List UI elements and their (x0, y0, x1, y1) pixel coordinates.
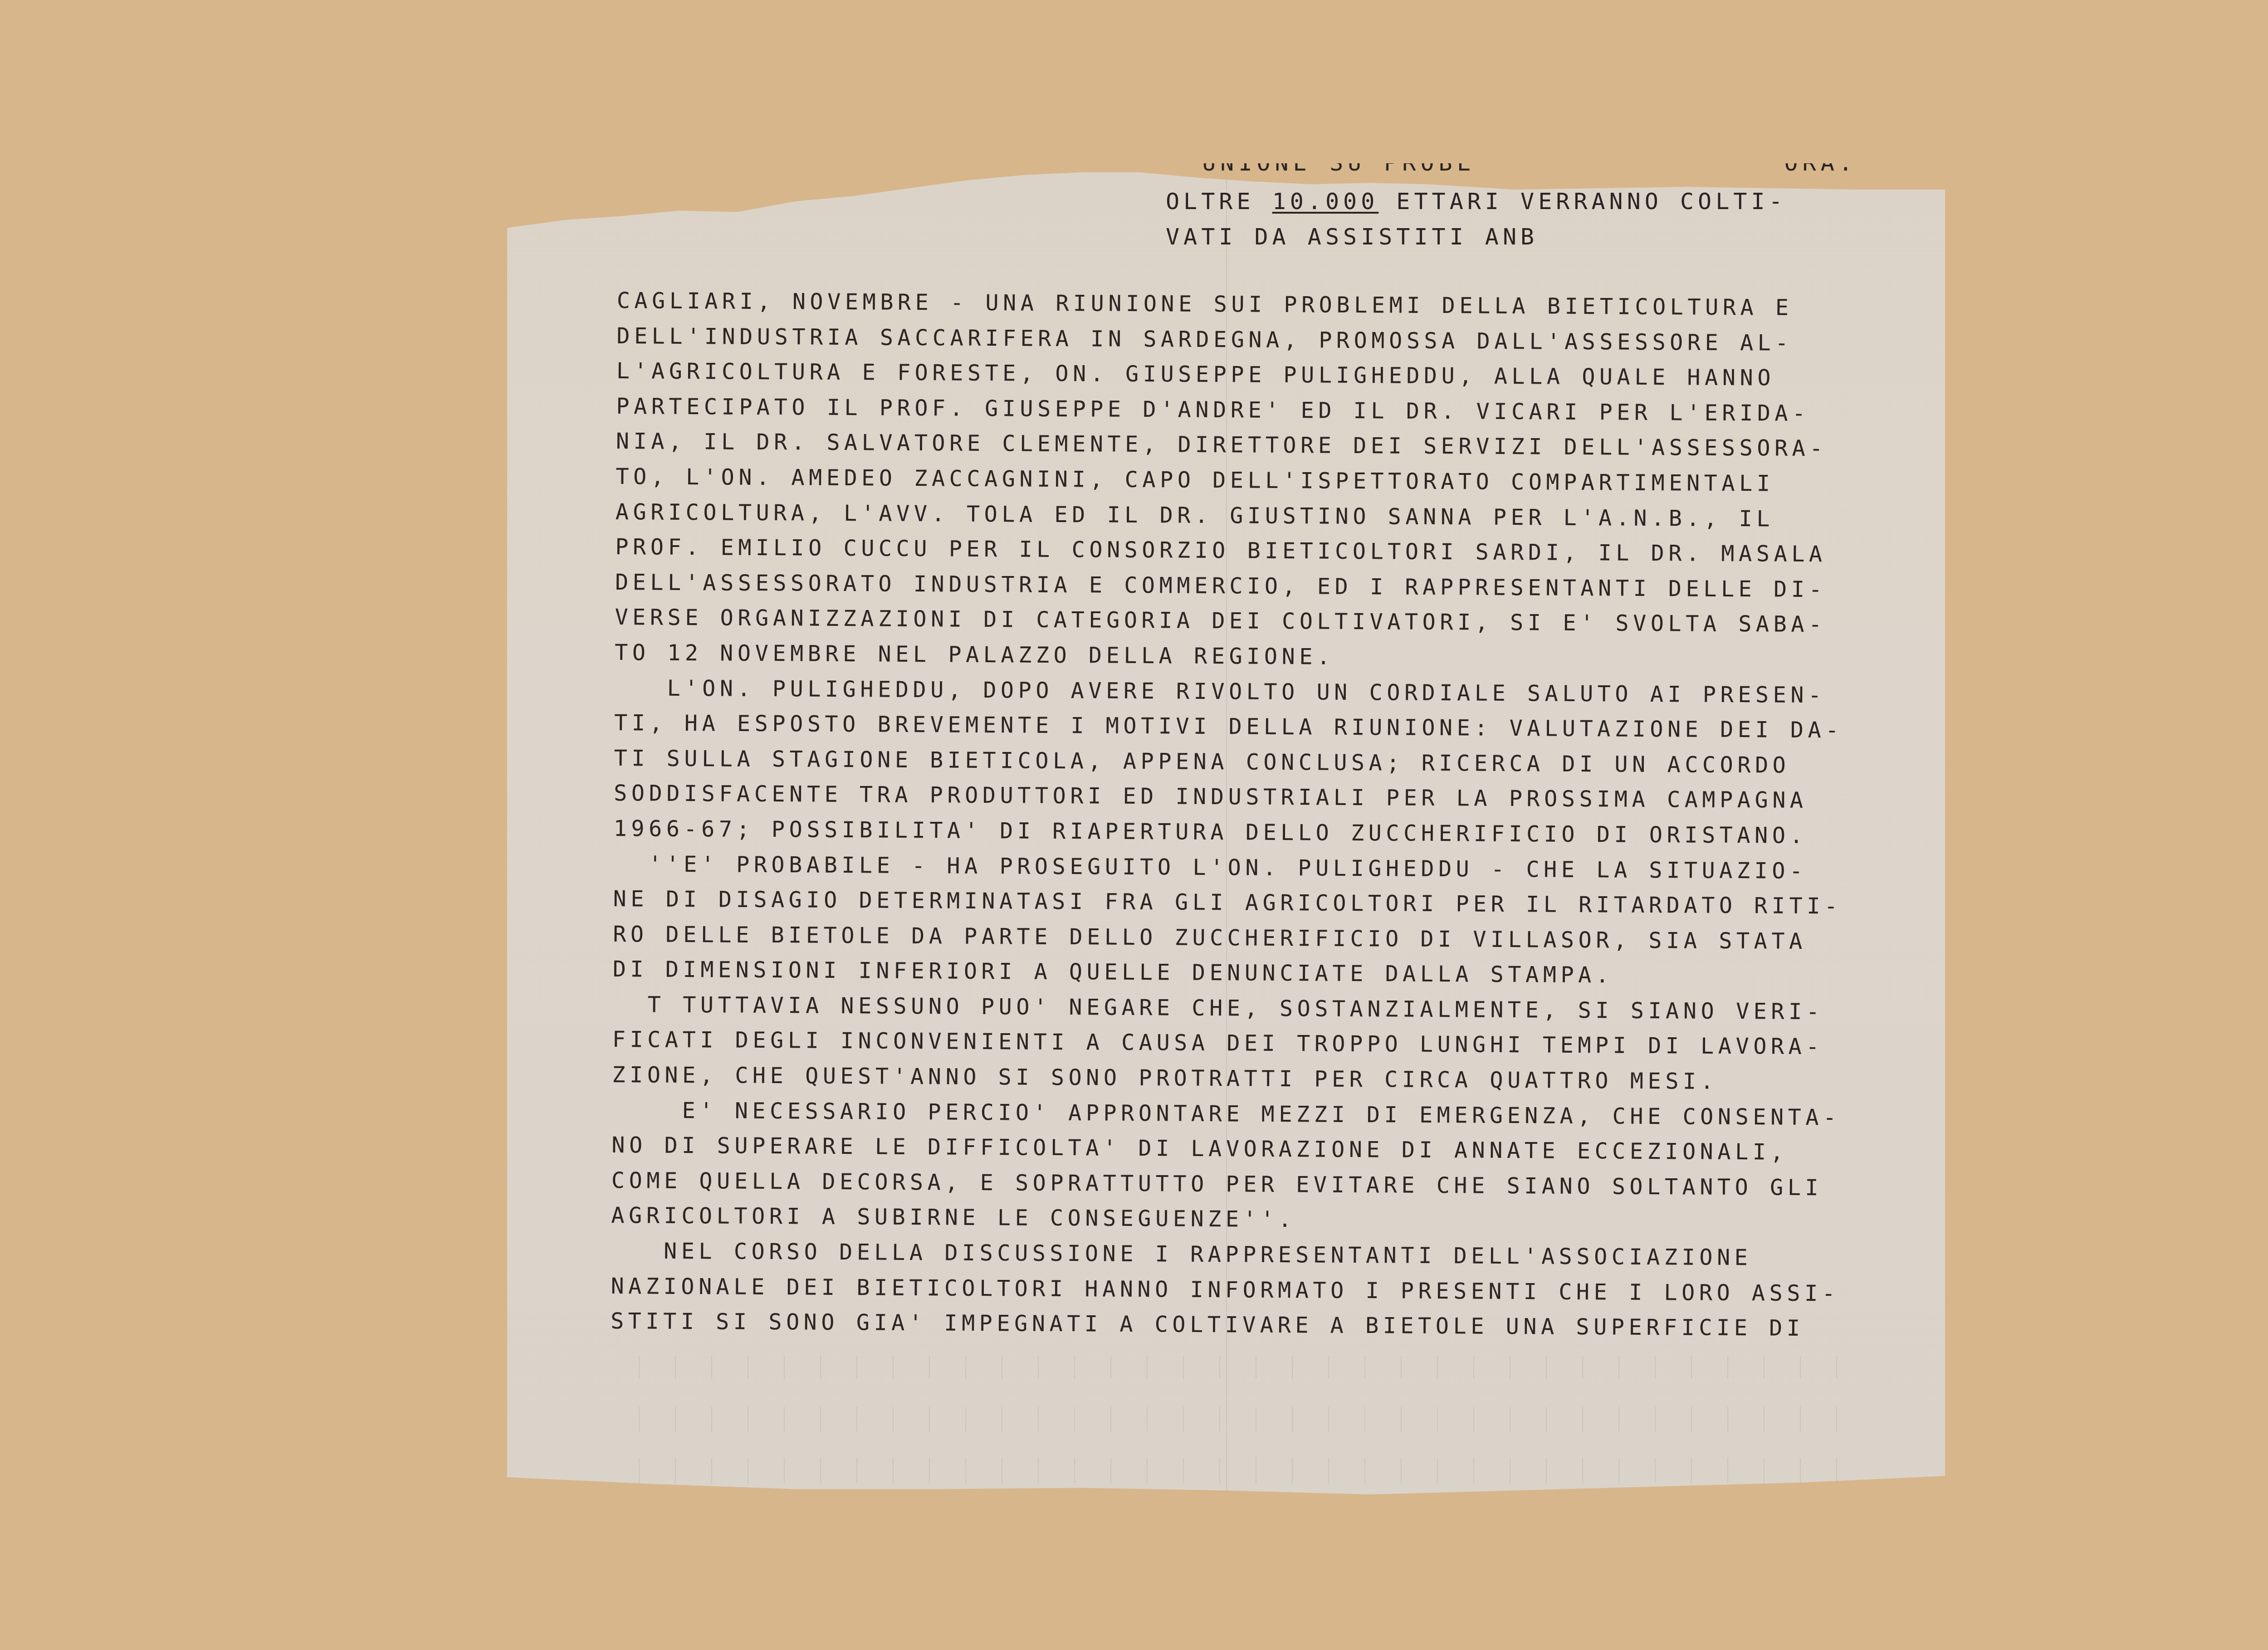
headline-prefix: OLTRE (1166, 188, 1272, 215)
headline-line-2: VATI DA ASSISTITI ANB (1166, 224, 1538, 250)
headline-number: 10.000 (1272, 188, 1379, 215)
headline: OLTRE 10.000 ETTARI VERRANNO COLTI- VATI… (1166, 184, 1787, 254)
faded-illegible-text (621, 1356, 1846, 1483)
article-body: CAGLIARI, NOVEMBRE - UNA RIUNIONE SUI PR… (611, 283, 1878, 1347)
torn-header-fragment: UNIONE SU PROBL ORA. (1166, 150, 1857, 176)
headline-suffix: ETTARI VERRANNO COLTI- (1378, 188, 1786, 215)
